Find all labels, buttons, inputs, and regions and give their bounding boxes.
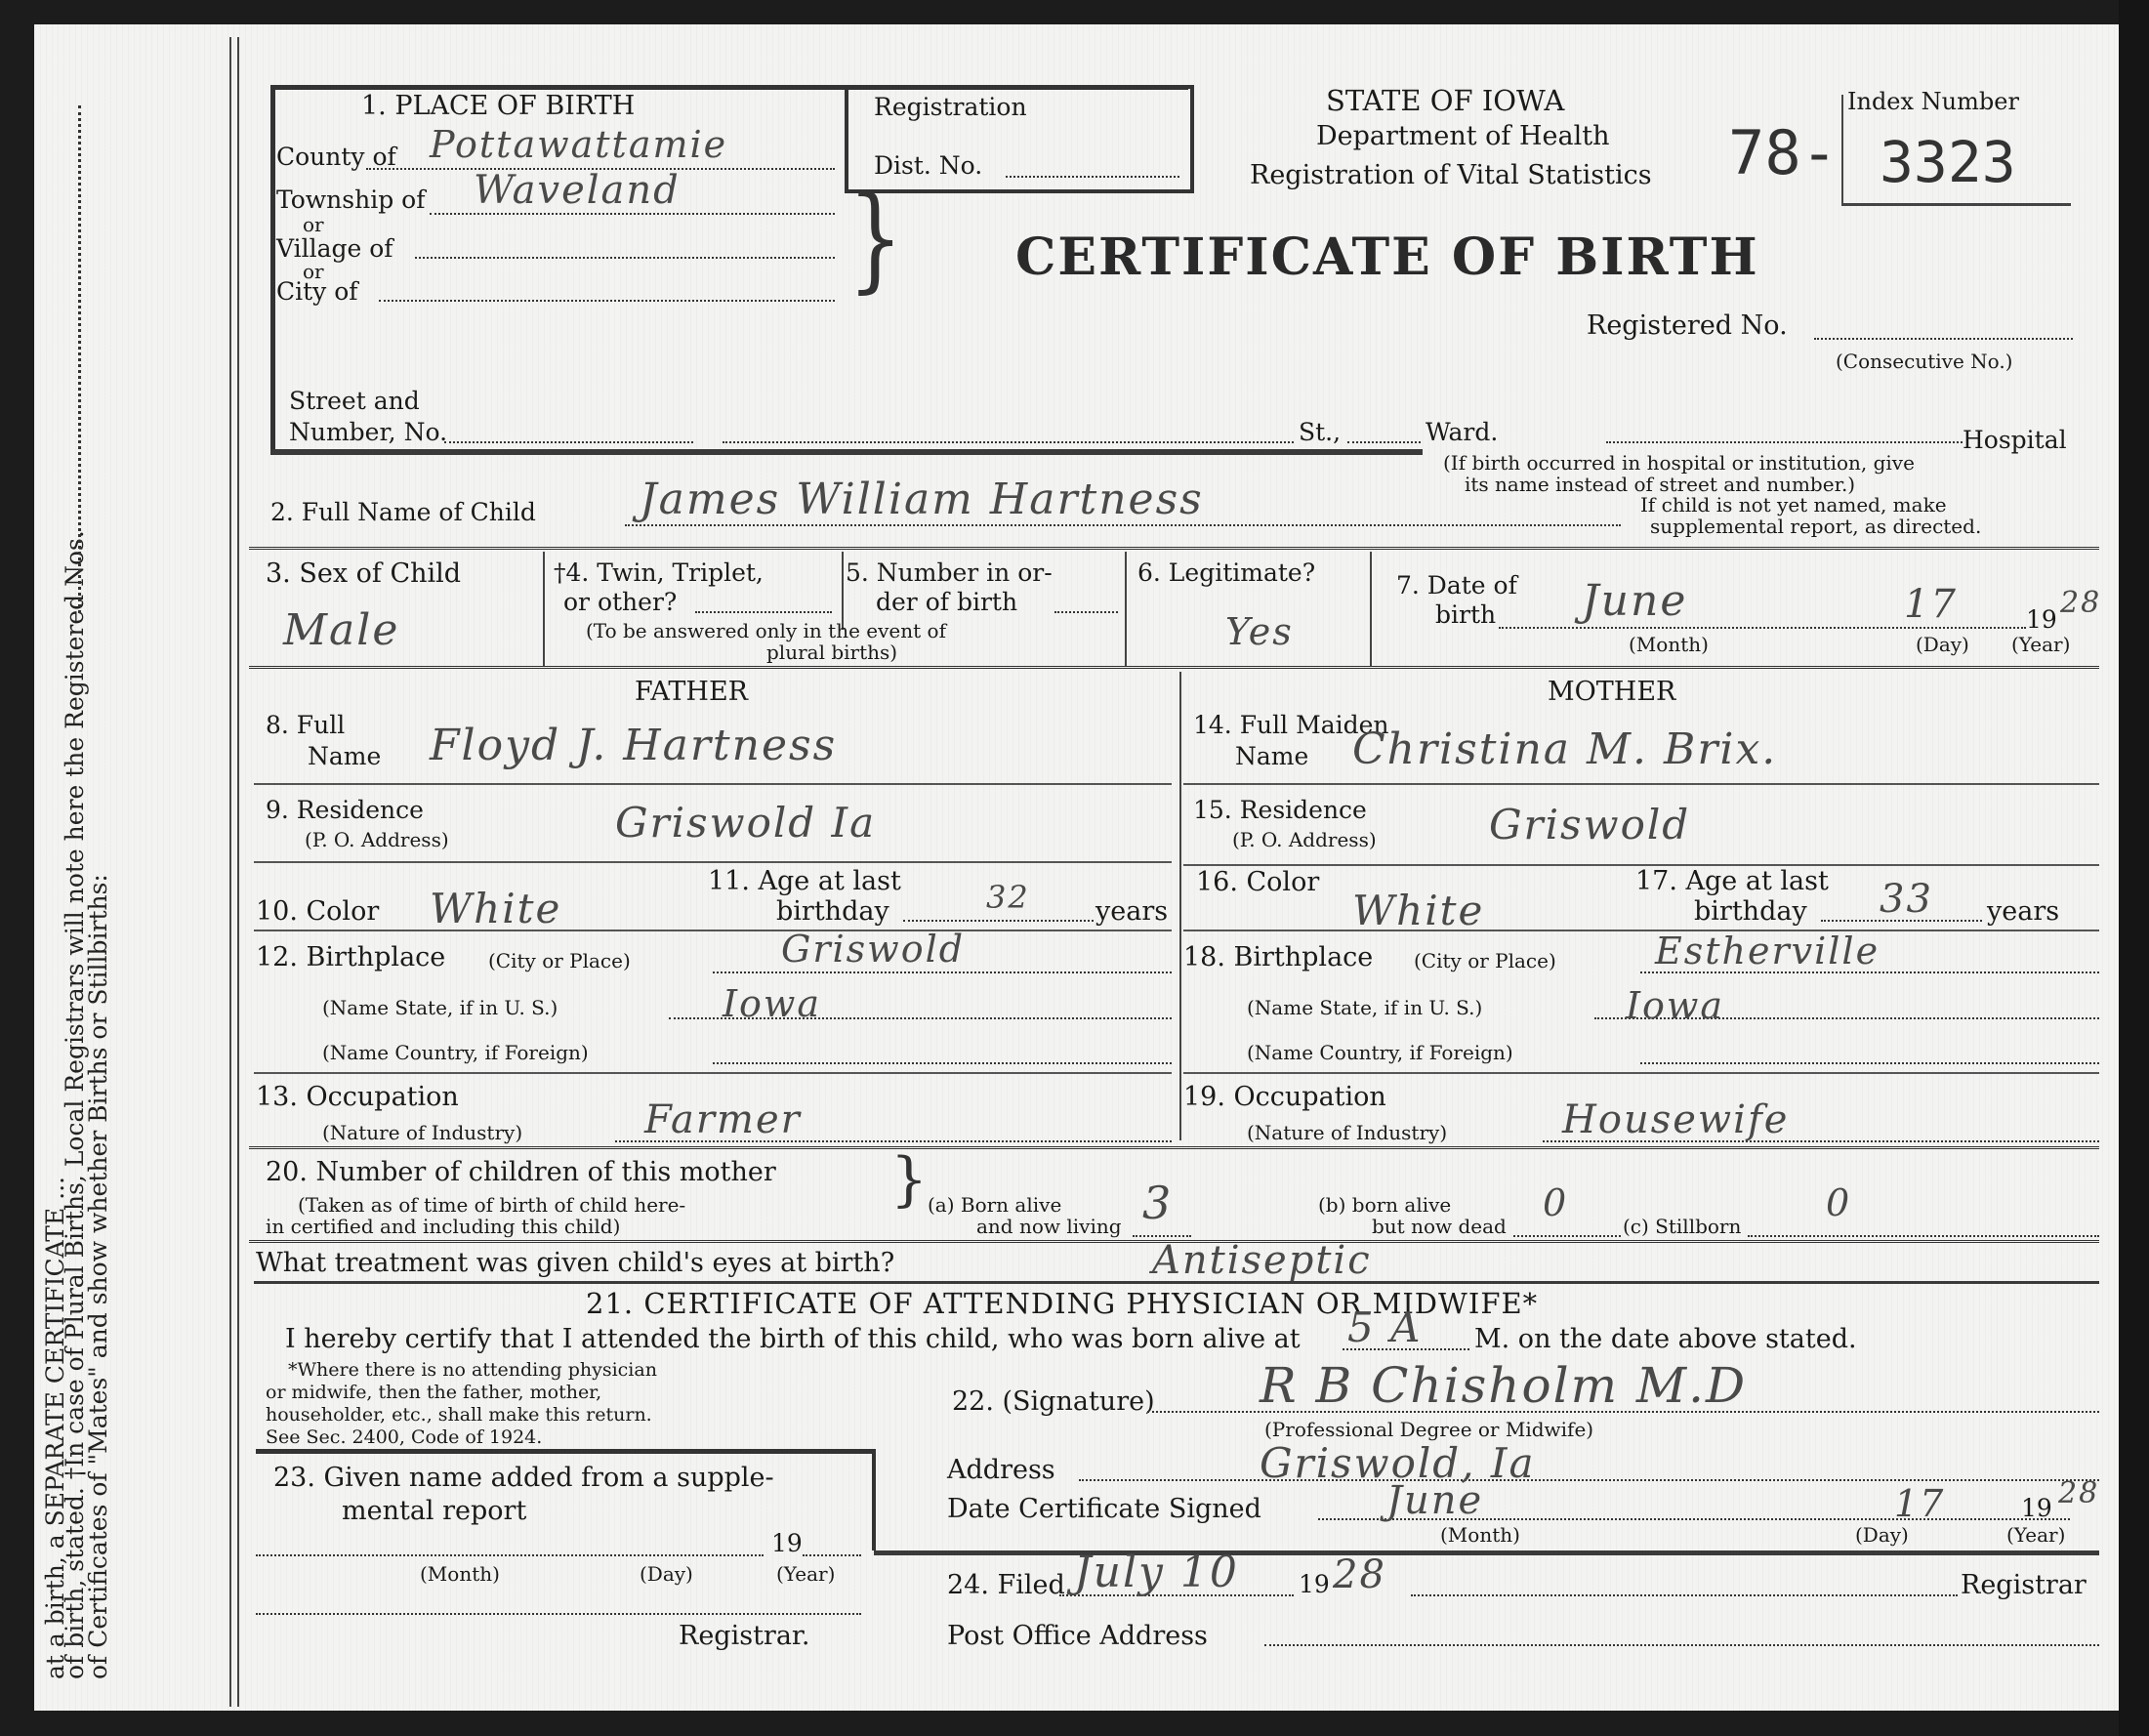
registered-no-field[interactable] — [1814, 338, 2073, 340]
mother-residence-label: 15. Residence — [1193, 796, 1367, 824]
father-city-caption: (City or Place) — [488, 949, 631, 972]
department-title: Department of Health — [1316, 121, 1610, 151]
date-signed-year-prefix: 19 — [2021, 1494, 2052, 1522]
consecutive-label: (Consecutive No.) — [1836, 350, 2012, 373]
footnote-line-2: or midwife, then the father, mother, — [266, 1382, 601, 1403]
divider-sex-row — [249, 666, 2099, 673]
footnote-line-4: See Sec. 2400, Code of 1924. — [266, 1426, 542, 1448]
father-birthplace-label: 12. Birthplace — [256, 942, 445, 972]
parent-column-divider — [1179, 672, 1181, 1140]
father-age-label-2: birthday — [776, 896, 889, 927]
born-alive-dead-line — [1513, 1235, 1621, 1237]
mother-color-value[interactable]: White — [1352, 887, 1484, 934]
father-color-value[interactable]: White — [430, 885, 561, 932]
born-alive-living-value[interactable]: 3 — [1142, 1177, 1173, 1229]
father-age-line — [903, 920, 1094, 922]
dob-year-prefix: 19 — [2026, 605, 2057, 634]
street-label-1: Street and — [289, 387, 420, 415]
father-divider-1 — [254, 783, 1172, 785]
legitimate-label: 6. Legitimate? — [1137, 558, 1315, 587]
or-label-1: or — [303, 213, 324, 236]
father-age-value[interactable]: 32 — [986, 879, 1030, 916]
father-years-label: years — [1095, 896, 1168, 927]
mother-industry-caption: (Nature of Industry) — [1247, 1121, 1447, 1144]
index-number-label: Index Number — [1847, 88, 2019, 115]
signature-value[interactable]: R B Chisholm M.D — [1260, 1357, 1747, 1414]
filed-date-value[interactable]: July 10 — [1074, 1548, 1239, 1597]
father-name-value[interactable]: Floyd J. Hartness — [430, 721, 837, 770]
index-number-value: 3323 — [1880, 129, 2016, 195]
dob-year-caption: (Year) — [2011, 633, 2070, 656]
dob-day-caption: (Day) — [1916, 633, 1969, 656]
father-birthplace-state[interactable]: Iowa — [723, 982, 821, 1025]
number-label-2: der of birth — [876, 588, 1017, 616]
born-alive-dead-label-1: (b) born alive — [1318, 1193, 1451, 1217]
born-alive-dead-label-2: but now dead — [1372, 1215, 1507, 1238]
scan-edge — [2119, 0, 2149, 1736]
filed-registrar-label: Registrar — [1961, 1570, 2087, 1600]
born-alive-living-label-2: and now living — [976, 1215, 1122, 1238]
divider-parents — [249, 1146, 2099, 1153]
eyes-treatment-label: What treatment was given child's eyes at… — [256, 1248, 894, 1278]
ward-label: Ward. — [1426, 418, 1498, 446]
father-city-line — [713, 971, 1172, 973]
address-label: Address — [947, 1455, 1055, 1485]
street-name-field[interactable] — [723, 441, 1294, 443]
certificate-title: CERTIFICATE OF BIRTH — [1015, 227, 1759, 287]
supplemental-label-2: mental report — [342, 1496, 526, 1526]
supplemental-date-field[interactable] — [256, 1554, 764, 1556]
mother-divider-1 — [1183, 783, 2099, 785]
father-country-field[interactable] — [713, 1062, 1172, 1064]
supplemental-box-top — [256, 1449, 875, 1454]
not-named-note-2: supplemental report, as directed. — [1650, 515, 1981, 538]
father-divider-4 — [254, 1072, 1172, 1074]
footnote-line-3: householder, etc., shall make this retur… — [266, 1404, 652, 1426]
supplemental-day-caption: (Day) — [640, 1562, 693, 1586]
date-signed-label: Date Certificate Signed — [947, 1494, 1261, 1524]
father-birthplace-city[interactable]: Griswold — [781, 928, 965, 971]
margin-rule-2 — [237, 37, 239, 1707]
township-value[interactable]: Waveland — [474, 168, 681, 213]
place-of-birth-heading: 1. PLACE OF BIRTH — [361, 91, 635, 121]
twin-label-1: †4. Twin, Triplet, — [554, 558, 764, 587]
dob-month-caption: (Month) — [1629, 633, 1709, 656]
place-of-birth-bottom-border — [270, 449, 1423, 455]
born-alive-dead-value[interactable]: 0 — [1543, 1181, 1568, 1224]
hospital-label: Hospital — [1963, 426, 2067, 454]
st-label: St., — [1299, 418, 1341, 446]
father-occupation-label: 13. Occupation — [256, 1082, 459, 1112]
father-divider-2 — [254, 861, 1172, 863]
date-signed-month[interactable]: June — [1386, 1478, 1483, 1523]
supplemental-label-1: 23. Given name added from a supple- — [273, 1463, 774, 1493]
index-box-bottom — [1841, 203, 2071, 206]
dist-no-label: Dist. No. — [874, 151, 982, 180]
mother-city-caption: (City or Place) — [1414, 949, 1556, 972]
mother-age-value[interactable]: 33 — [1880, 877, 1933, 922]
plural-note-1: (To be answered only in the event of — [586, 619, 946, 642]
father-state-caption: (Name State, if in U. S.) — [322, 996, 558, 1019]
footnote-line-1: *Where there is no attending physician — [288, 1359, 657, 1381]
date-signed-month-caption: (Month) — [1440, 1523, 1520, 1547]
stillborn-label: (c) Stillborn — [1623, 1215, 1741, 1238]
father-residence-label: 9. Residence — [266, 796, 424, 824]
registered-no-label: Registered No. — [1587, 310, 1788, 341]
margin-rule-1 — [229, 37, 231, 1707]
father-age-label-1: 11. Age at last — [708, 866, 901, 896]
plural-note-2: plural births) — [766, 641, 897, 664]
supplemental-year-field[interactable] — [803, 1554, 861, 1556]
dob-label-1: 7. Date of — [1396, 571, 1517, 599]
signature-label: 22. (Signature) — [952, 1386, 1155, 1417]
dob-month-value[interactable]: June — [1582, 576, 1687, 626]
mother-occupation-label: 19. Occupation — [1183, 1082, 1386, 1112]
father-name-label-2: Name — [308, 742, 381, 770]
mother-color-label: 16. Color — [1196, 867, 1319, 897]
eyes-treatment-value[interactable]: Antiseptic — [1152, 1238, 1372, 1283]
mother-country-caption: (Name Country, if Foreign) — [1247, 1041, 1513, 1064]
mother-birthplace-city[interactable]: Estherville — [1655, 930, 1880, 972]
address-line — [1079, 1479, 2099, 1481]
father-po-caption: (P. O. Address) — [305, 828, 449, 851]
mother-years-label: years — [1987, 896, 2059, 927]
children-note-1: (Taken as of time of birth of child here… — [298, 1193, 685, 1217]
date-signed-year[interactable]: 28 — [2058, 1476, 2099, 1510]
place-of-birth-left-border — [270, 85, 275, 454]
col-divider-2 — [842, 552, 844, 630]
index-box-left — [1841, 95, 1843, 205]
po-address-field[interactable] — [1264, 1644, 2099, 1646]
supplemental-registrar-label: Registrar. — [679, 1621, 809, 1651]
twin-field[interactable] — [695, 611, 832, 613]
supplemental-year-caption: (Year) — [776, 1562, 835, 1586]
state-title: STATE OF IOWA — [1326, 84, 1564, 117]
mother-birthplace-label: 18. Birthplace — [1183, 942, 1373, 972]
father-occupation-value[interactable]: Farmer — [644, 1097, 802, 1142]
po-address-label: Post Office Address — [947, 1621, 1208, 1651]
city-label: City of — [276, 277, 358, 306]
mother-residence-value[interactable]: Griswold — [1489, 801, 1690, 848]
mother-name-value[interactable]: Christina M. Brix. — [1352, 724, 1777, 774]
sex-label: 3. Sex of Child — [266, 558, 461, 589]
index-prefix: 78- — [1728, 117, 1838, 188]
certify-text-1: I hereby certify that I attended the bir… — [285, 1324, 1301, 1354]
father-industry-caption: (Nature of Industry) — [322, 1121, 522, 1144]
born-alive-living-label-1: (a) Born alive — [928, 1193, 1061, 1217]
supplemental-month-caption: (Month) — [420, 1562, 500, 1586]
legitimate-value[interactable]: Yes — [1225, 610, 1294, 653]
sex-value[interactable]: Male — [283, 605, 399, 655]
mother-occupation-value[interactable]: Housewife — [1562, 1097, 1789, 1142]
children-label: 20. Number of children of this mother — [266, 1157, 776, 1187]
supplemental-registrar-field[interactable] — [256, 1613, 861, 1615]
village-line — [415, 257, 835, 259]
city-line — [379, 300, 835, 302]
children-brace-icon: } — [890, 1150, 928, 1209]
street-number-field[interactable] — [444, 441, 693, 443]
father-color-label: 10. Color — [256, 896, 379, 927]
supplemental-box-right — [872, 1449, 876, 1550]
birth-time-value[interactable]: 5 A — [1347, 1303, 1422, 1351]
date-signed-year-caption: (Year) — [2006, 1523, 2065, 1547]
divider-child-name — [249, 547, 2099, 554]
dob-day-value[interactable]: 17 — [1904, 582, 1958, 627]
filed-year-value[interactable]: 28 — [1333, 1552, 1386, 1597]
ward-field[interactable] — [1347, 441, 1421, 443]
mother-age-label-2: birthday — [1694, 896, 1807, 927]
township-label: Township of — [276, 186, 425, 214]
mother-name-label-2: Name — [1235, 742, 1308, 770]
mother-birthplace-state[interactable]: Iowa — [1626, 984, 1724, 1027]
filed-registrar-field[interactable] — [1411, 1594, 1958, 1596]
father-residence-value[interactable]: Griswold Ia — [615, 799, 876, 847]
father-name-label-1: 8. Full — [266, 711, 345, 739]
child-name-label: 2. Full Name of Child — [270, 498, 536, 526]
dob-year-value[interactable]: 28 — [2060, 586, 2101, 620]
divider-eyes — [254, 1281, 2099, 1284]
mother-age-label-1: 17. Age at last — [1635, 866, 1829, 896]
registration-label: Registration — [874, 93, 1027, 121]
mother-heading: MOTHER — [1548, 677, 1675, 707]
county-label: County of — [276, 143, 396, 171]
supplemental-year-prefix: 19 — [771, 1529, 803, 1557]
date-signed-day[interactable]: 17 — [1894, 1482, 1945, 1525]
filed-label: 24. Filed — [947, 1570, 1065, 1600]
side-note-line-3: of Certificates of "Mates" and show whet… — [84, 874, 112, 1679]
col-divider-4 — [1370, 552, 1372, 667]
children-note-2: in certified and including this child) — [266, 1215, 620, 1238]
stillborn-line — [1748, 1235, 2099, 1237]
county-value[interactable]: Pottawattamie — [430, 123, 727, 166]
born-alive-living-line — [1133, 1235, 1191, 1237]
father-country-caption: (Name Country, if Foreign) — [322, 1041, 589, 1064]
father-heading: FATHER — [635, 677, 748, 707]
dob-line — [1499, 627, 2026, 629]
mother-state-caption: (Name State, if in U. S.) — [1247, 996, 1482, 1019]
degree-caption: (Professional Degree or Midwife) — [1264, 1418, 1593, 1441]
hospital-note-1: (If birth occurred in hospital or instit… — [1443, 451, 1915, 475]
not-named-note-1: If child is not yet named, make — [1640, 493, 1947, 517]
twin-label-2: or other? — [563, 588, 677, 616]
mother-divider-4 — [1183, 1072, 2099, 1074]
township-line — [430, 213, 835, 215]
filed-year-prefix: 19 — [1299, 1570, 1330, 1598]
street-label-2: Number, No. — [289, 418, 447, 446]
col-divider-1 — [543, 552, 545, 667]
date-signed-day-caption: (Day) — [1855, 1523, 1909, 1547]
hospital-field[interactable] — [1606, 441, 1963, 443]
number-label-1: 5. Number in or- — [846, 558, 1053, 587]
child-name-value[interactable]: James William Hartness — [640, 475, 1204, 524]
certify-text-2: M. on the date above stated. — [1474, 1324, 1857, 1354]
side-note-fill-line — [78, 105, 81, 613]
village-label: Village of — [276, 234, 393, 263]
col-divider-3 — [1125, 552, 1127, 667]
number-field[interactable] — [1054, 611, 1118, 613]
registration-title: Registration of Vital Statistics — [1250, 160, 1652, 190]
father-divider-3 — [254, 930, 1172, 931]
mother-country-field[interactable] — [1640, 1062, 2099, 1064]
mother-divider-3 — [1183, 930, 2099, 931]
stillborn-value[interactable]: 0 — [1826, 1181, 1851, 1224]
child-name-line — [625, 524, 1621, 526]
divider-physician — [874, 1550, 2099, 1555]
dist-no-field[interactable] — [1006, 176, 1179, 178]
brace-icon: } — [847, 183, 903, 297]
mother-po-caption: (P. O. Address) — [1232, 828, 1377, 851]
dob-label-2: birth — [1435, 600, 1496, 629]
